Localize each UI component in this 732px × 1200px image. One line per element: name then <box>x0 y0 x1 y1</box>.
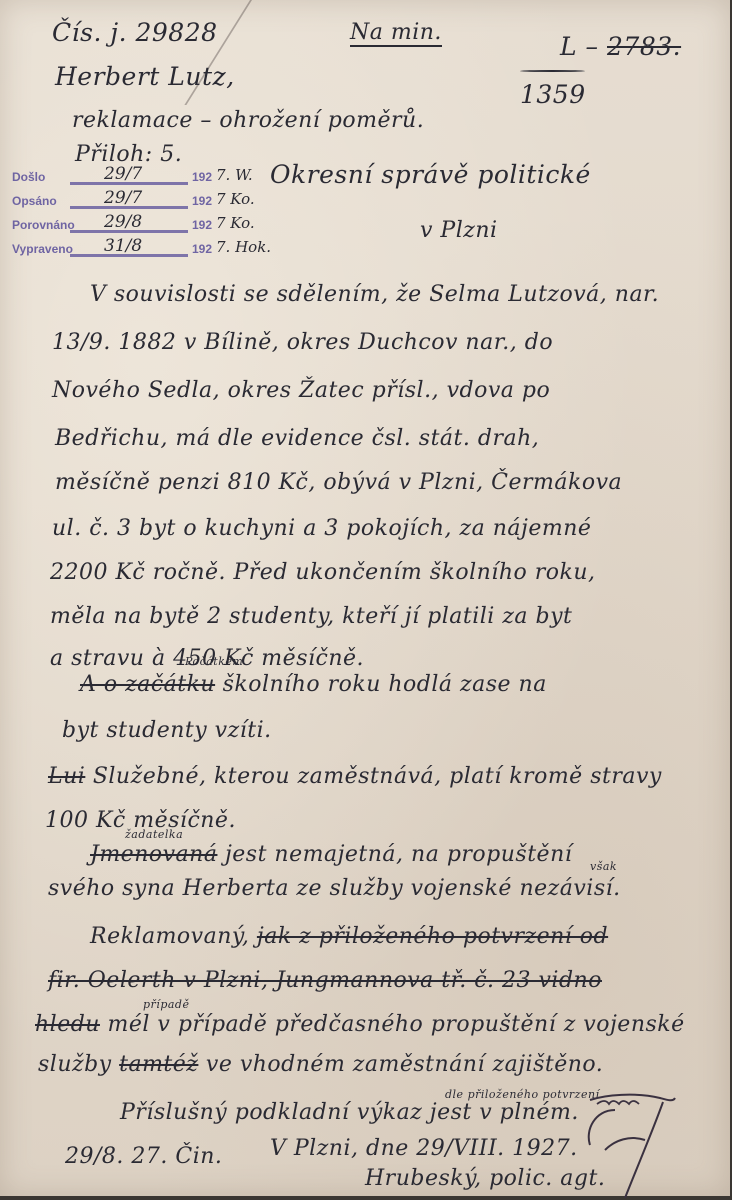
file-code: L – 2783. <box>560 32 681 61</box>
subject-name: Herbert Lutz, <box>55 62 235 91</box>
file-code-underline <box>520 70 585 72</box>
inserted-word: žadatelka <box>125 828 183 841</box>
body-line: 13/9. 1882 v Bílině, okres Duchcov nar.,… <box>52 330 553 355</box>
handwritten-signature <box>575 1090 685 1200</box>
closing-line: Příslušný podkladní výkaz jest v plném. <box>120 1100 579 1125</box>
body-line: byt studenty vzíti. <box>62 718 272 743</box>
body-line: Bedřichu, má dle evidence čsl. stát. dra… <box>55 426 539 451</box>
file-code-struck: 2783. <box>607 32 681 61</box>
body-line: ul. č. 3 byt o kuchyni a 3 pokojích, za … <box>52 516 591 541</box>
body-line: V souvislosti se sdělením, že Selma Lutz… <box>90 282 659 307</box>
body-line: 2200 Kč ročně. Před ukončením školního r… <box>50 560 596 585</box>
body-line: Nového Sedla, okres Žatec přísl., vdova … <box>52 378 550 403</box>
body-line: Reklamovaný, jak z přiloženého potvrzení… <box>90 924 608 949</box>
place-date: V Plzni, dne 29/VIII. 1927. <box>270 1136 578 1161</box>
body-line: služby tamtéž ve vhodném zaměstnání zaji… <box>38 1052 603 1077</box>
addressee-line-2: v Plzni <box>420 218 498 243</box>
reference-number: Čís. j. 29828 <box>52 18 218 47</box>
struck-text: fir. Oelerth v Plzni, Jungmannova tř. č.… <box>48 968 602 993</box>
inserted-word: Počátkem <box>185 655 243 668</box>
file-number: 1359 <box>520 80 586 109</box>
struck-text: hledu <box>35 1012 100 1037</box>
body-line: Jmenovaná jest nemajetná, na propuštění <box>90 842 572 867</box>
body-line: měsíčně penzi 810 Kč, obývá v Plzni, Čer… <box>55 470 622 495</box>
body-line: hledu mél v případě předčasného propuště… <box>35 1012 685 1037</box>
signatory: Hrubeský, polic. agt. <box>365 1166 605 1191</box>
struck-text: Jmenovaná <box>90 842 217 867</box>
addressee-line-1: Okresní správě politické <box>270 160 591 189</box>
inserted-word: případě <box>143 998 189 1011</box>
body-line: svého syna Herberta ze služby vojenské n… <box>48 876 621 901</box>
scanned-document-page: Čís. j. 29828 Na min. L – 2783. 1359 Her… <box>0 0 730 1196</box>
inserted-word: však <box>590 860 617 873</box>
stamp-row-dispatched: Vypraveno 31/8 192 7. Hok. <box>12 242 212 266</box>
struck-text: jak z přiloženého potvrzení od <box>257 924 608 949</box>
struck-text: A o začátku <box>80 672 215 697</box>
footer-left-note: 29/8. 27. Čin. <box>65 1144 222 1169</box>
body-line: Lui Služebné, kterou zaměstnává, platí k… <box>48 764 662 789</box>
subject-matter: reklamace – ohrožení poměrů. <box>72 108 424 133</box>
body-line: fir. Oelerth v Plzni, Jungmannova tř. č.… <box>48 968 602 993</box>
struck-text: tamtéž <box>119 1052 198 1077</box>
struck-text: Lui <box>48 764 85 789</box>
registry-stamp: Došlo 29/7 192 7. W. Opsáno 29/7 192 7 K… <box>12 170 212 266</box>
body-line: A o začátku školního roku hodlá zase na <box>80 672 547 697</box>
routing-note: Na min. <box>350 20 442 49</box>
body-line: měla na bytě 2 studenty, kteří jí platil… <box>50 604 572 629</box>
